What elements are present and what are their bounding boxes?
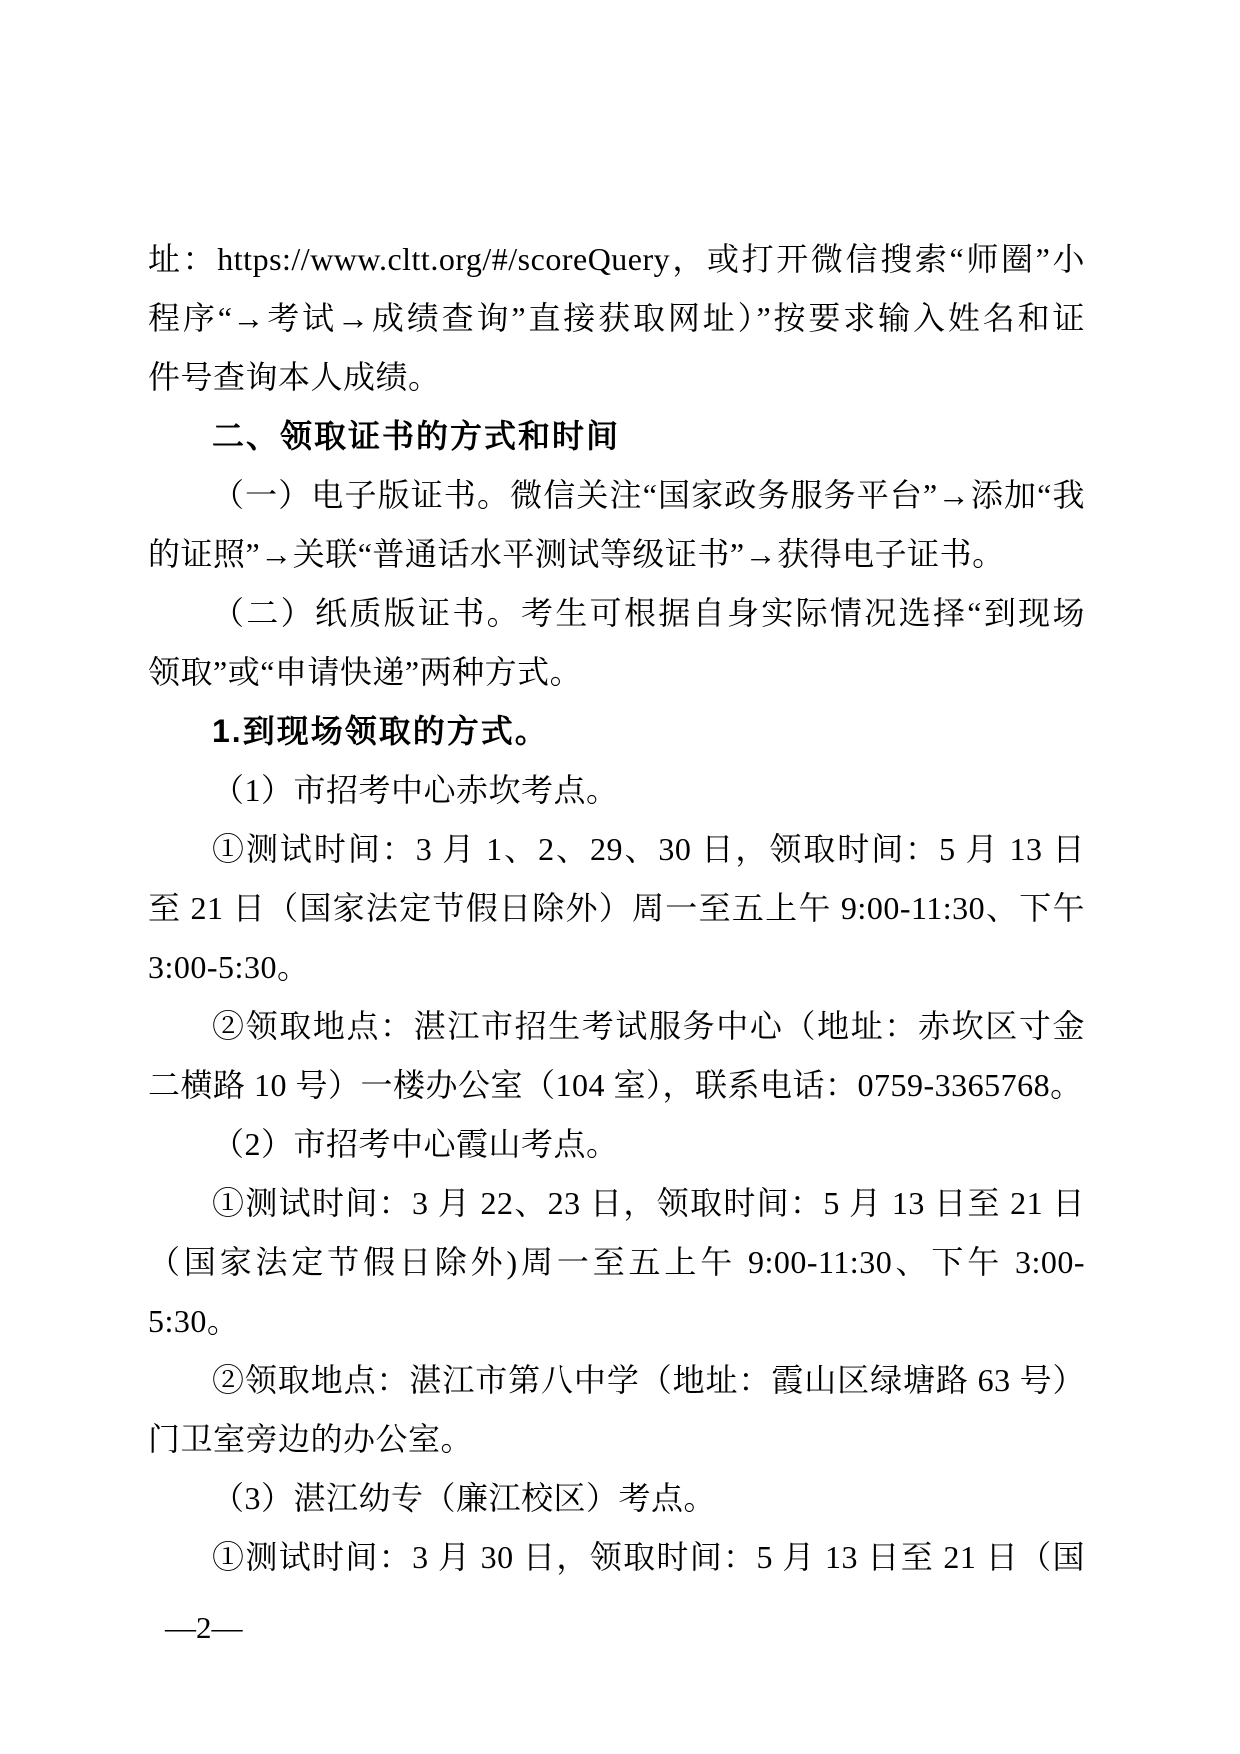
text-line: ②领取地点：湛江市第八中学（地址：霞山区绿塘路 63 号） <box>148 1351 1085 1410</box>
page-number: —2— <box>165 1610 243 1645</box>
text-line: （二）纸质版证书。考生可根据自身实际情况选择“到现场 <box>148 584 1085 643</box>
text-line: ①测试时间：3 月 1、2、29、30 日，领取时间：5 月 13 日 <box>148 820 1085 879</box>
text-line: 门卫室旁边的办公室。 <box>148 1410 1085 1469</box>
document-page: 址：https://www.cltt.org/#/scoreQuery，或打开微… <box>0 0 1240 1754</box>
body-paragraph: （二）纸质版证书。考生可根据自身实际情况选择“到现场领取”或“申请快递”两种方式… <box>148 584 1085 702</box>
body-paragraph: ②领取地点：湛江市招生考试服务中心（地址：赤坎区寸金二横路 10 号）一楼办公室… <box>148 997 1085 1115</box>
body-paragraph: （1）市招考中心赤坎考点。 <box>148 761 1085 820</box>
page-footer: —2— <box>165 1608 243 1648</box>
body-paragraph: ①测试时间：3 月 1、2、29、30 日，领取时间：5 月 13 日至 21 … <box>148 820 1085 997</box>
heading-paragraph: 1.到现场领取的方式。 <box>148 702 1085 761</box>
text-line: 件号查询本人成绩。 <box>148 348 1085 407</box>
text-line: 的证照”→关联“普通话水平测试等级证书”→获得电子证书。 <box>148 525 1085 584</box>
heading-paragraph: 二、领取证书的方式和时间 <box>148 407 1085 466</box>
text-line: 至 21 日（国家法定节假日除外）周一至五上午 9:00-11:30、下午 <box>148 879 1085 938</box>
text-line: 程序“→考试→成绩查询”直接获取网址）”按要求输入姓名和证 <box>148 289 1085 348</box>
text-line: 二横路 10 号）一楼办公室（104 室），联系电话：0759-3365768。 <box>148 1056 1085 1115</box>
body-paragraph: ②领取地点：湛江市第八中学（地址：霞山区绿塘路 63 号）门卫室旁边的办公室。 <box>148 1351 1085 1469</box>
text-line: ②领取地点：湛江市招生考试服务中心（地址：赤坎区寸金 <box>148 997 1085 1056</box>
body-paragraph: （3）湛江幼专（廉江校区）考点。 <box>148 1469 1085 1528</box>
body-paragraph: ①测试时间：3 月 22、23 日，领取时间：5 月 13 日至 21 日（国家… <box>148 1174 1085 1351</box>
document-body: 址：https://www.cltt.org/#/scoreQuery，或打开微… <box>148 230 1085 1587</box>
text-line: （1）市招考中心赤坎考点。 <box>148 761 1085 820</box>
text-line: 1.到现场领取的方式。 <box>148 702 1085 761</box>
body-paragraph: ①测试时间：3 月 30 日，领取时间：5 月 13 日至 21 日（国 <box>148 1528 1085 1587</box>
text-line: （2）市招考中心霞山考点。 <box>148 1115 1085 1174</box>
body-paragraph: （2）市招考中心霞山考点。 <box>148 1115 1085 1174</box>
text-line: 3:00-5:30。 <box>148 938 1085 997</box>
body-paragraph: 址：https://www.cltt.org/#/scoreQuery，或打开微… <box>148 230 1085 407</box>
text-line: （国家法定节假日除外)周一至五上午 9:00-11:30、下午 3:00-5:3… <box>148 1233 1085 1351</box>
text-line: （3）湛江幼专（廉江校区）考点。 <box>148 1469 1085 1528</box>
text-line: ①测试时间：3 月 22、23 日，领取时间：5 月 13 日至 21 日 <box>148 1174 1085 1233</box>
body-paragraph: （一）电子版证书。微信关注“国家政务服务平台”→添加“我的证照”→关联“普通话水… <box>148 466 1085 584</box>
text-line: 址：https://www.cltt.org/#/scoreQuery，或打开微… <box>148 230 1085 289</box>
text-line: 领取”或“申请快递”两种方式。 <box>148 643 1085 702</box>
text-line: （一）电子版证书。微信关注“国家政务服务平台”→添加“我 <box>148 466 1085 525</box>
text-line: ①测试时间：3 月 30 日，领取时间：5 月 13 日至 21 日（国 <box>148 1528 1085 1587</box>
text-line: 二、领取证书的方式和时间 <box>148 407 1085 466</box>
